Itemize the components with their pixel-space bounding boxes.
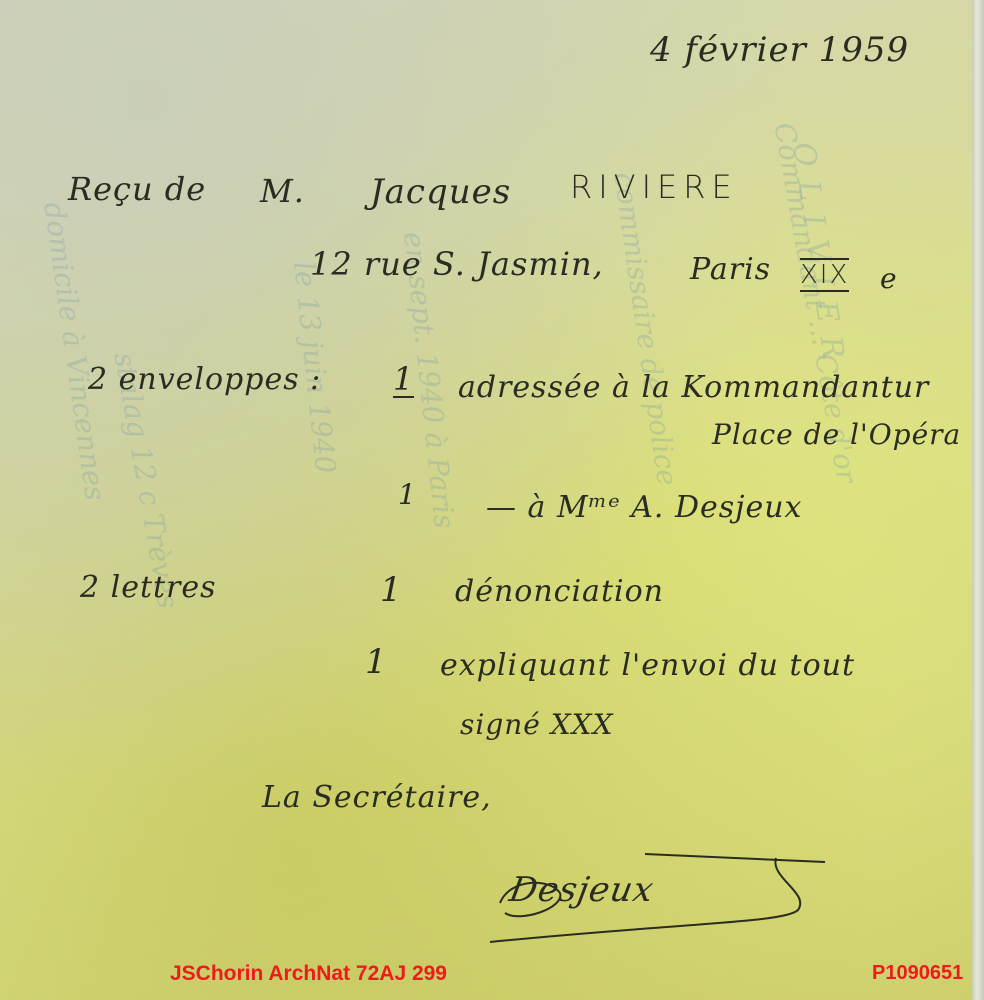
envelope-1-address: Place de l'Opéra [712, 418, 961, 451]
letter-1-text: dénonciation [455, 574, 664, 609]
received-from-label: Reçu de [68, 170, 206, 208]
letter-2-text: expliquant l'envoi du tout [440, 648, 855, 683]
envelope-1-text: adressée à la Kommandantur [458, 370, 929, 405]
sender-title: M. [260, 172, 305, 210]
letters-count: 2 lettres [80, 570, 217, 605]
address-city: Paris [690, 252, 771, 287]
archive-source-caption: JSChorin ArchNat 72AJ 299 [170, 962, 447, 986]
document-date: 4 février 1959 [650, 30, 909, 70]
envelopes-count: 2 enveloppes : [88, 362, 321, 397]
photo-id-caption: P1090651 [872, 962, 963, 985]
address-street: 12 rue S. Jasmin, [310, 245, 604, 283]
sender-last-name: RIVIERE [570, 168, 738, 206]
letter-2-qty: 1 [365, 642, 388, 682]
bleed-through-line: domicile à Vincennes [37, 200, 112, 503]
letter-1-qty: 1 [380, 570, 403, 610]
envelope-2-qty: 1 [398, 478, 417, 511]
archival-document-photo: OLIVIER Commandant ... Côte d'or commiss… [0, 0, 984, 1000]
signature-flourish-icon [480, 848, 840, 948]
bleed-through-line: commissaire de police [607, 170, 684, 488]
sender-first-name: Jacques [370, 172, 511, 212]
address-arrondissement: XIX [800, 258, 849, 292]
envelope-1-qty: 1 [393, 362, 414, 398]
envelope-2-text: — à Mᵐᵉ A. Desjeux [486, 490, 802, 525]
paper-edge [972, 0, 984, 1000]
address-suffix: e [880, 262, 898, 295]
closing-text: La Secrétaire, [262, 780, 492, 815]
letter-2-signed: signé XXX [460, 708, 614, 741]
